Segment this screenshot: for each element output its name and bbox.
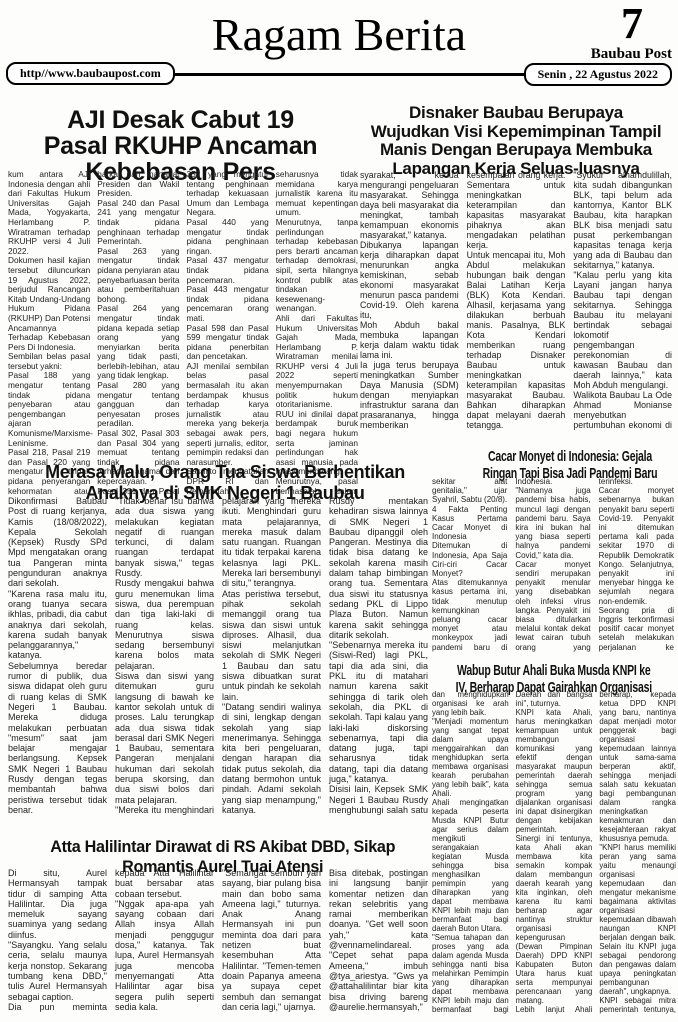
article-disnaker-body: syarakat, kedua mengurangi pengeluaran m… [360, 170, 672, 430]
page-number: 7 [602, 2, 662, 46]
article-cacar-monyet-body: sekitar alat genitalia," ujar Syahril, S… [432, 477, 674, 652]
header-divider-rule [150, 73, 540, 76]
newspaper-name: Baubau Post [562, 46, 672, 63]
article-smk-baubau-body: Dikonfirmasi Baubau Post di ruang kerjan… [8, 496, 428, 822]
article-atta-halilintar-body: Di situ, Aurel Hermansyah tampak tidur d… [8, 868, 428, 1018]
website-url-box: http//www.baubaupost.com [6, 62, 175, 85]
edition-date-box: Senin , 22 Agustus 2022 [524, 63, 672, 86]
article-disnaker-headline: Disnaker Baubau Berupaya Wujudkan Visi K… [360, 104, 672, 178]
article-aji-body: kum antara AJI Indonesia dengan ahli dar… [8, 170, 358, 505]
article-wabup-knpi-body: dan menghidupkan organisasi ke arah yang… [432, 690, 676, 1020]
